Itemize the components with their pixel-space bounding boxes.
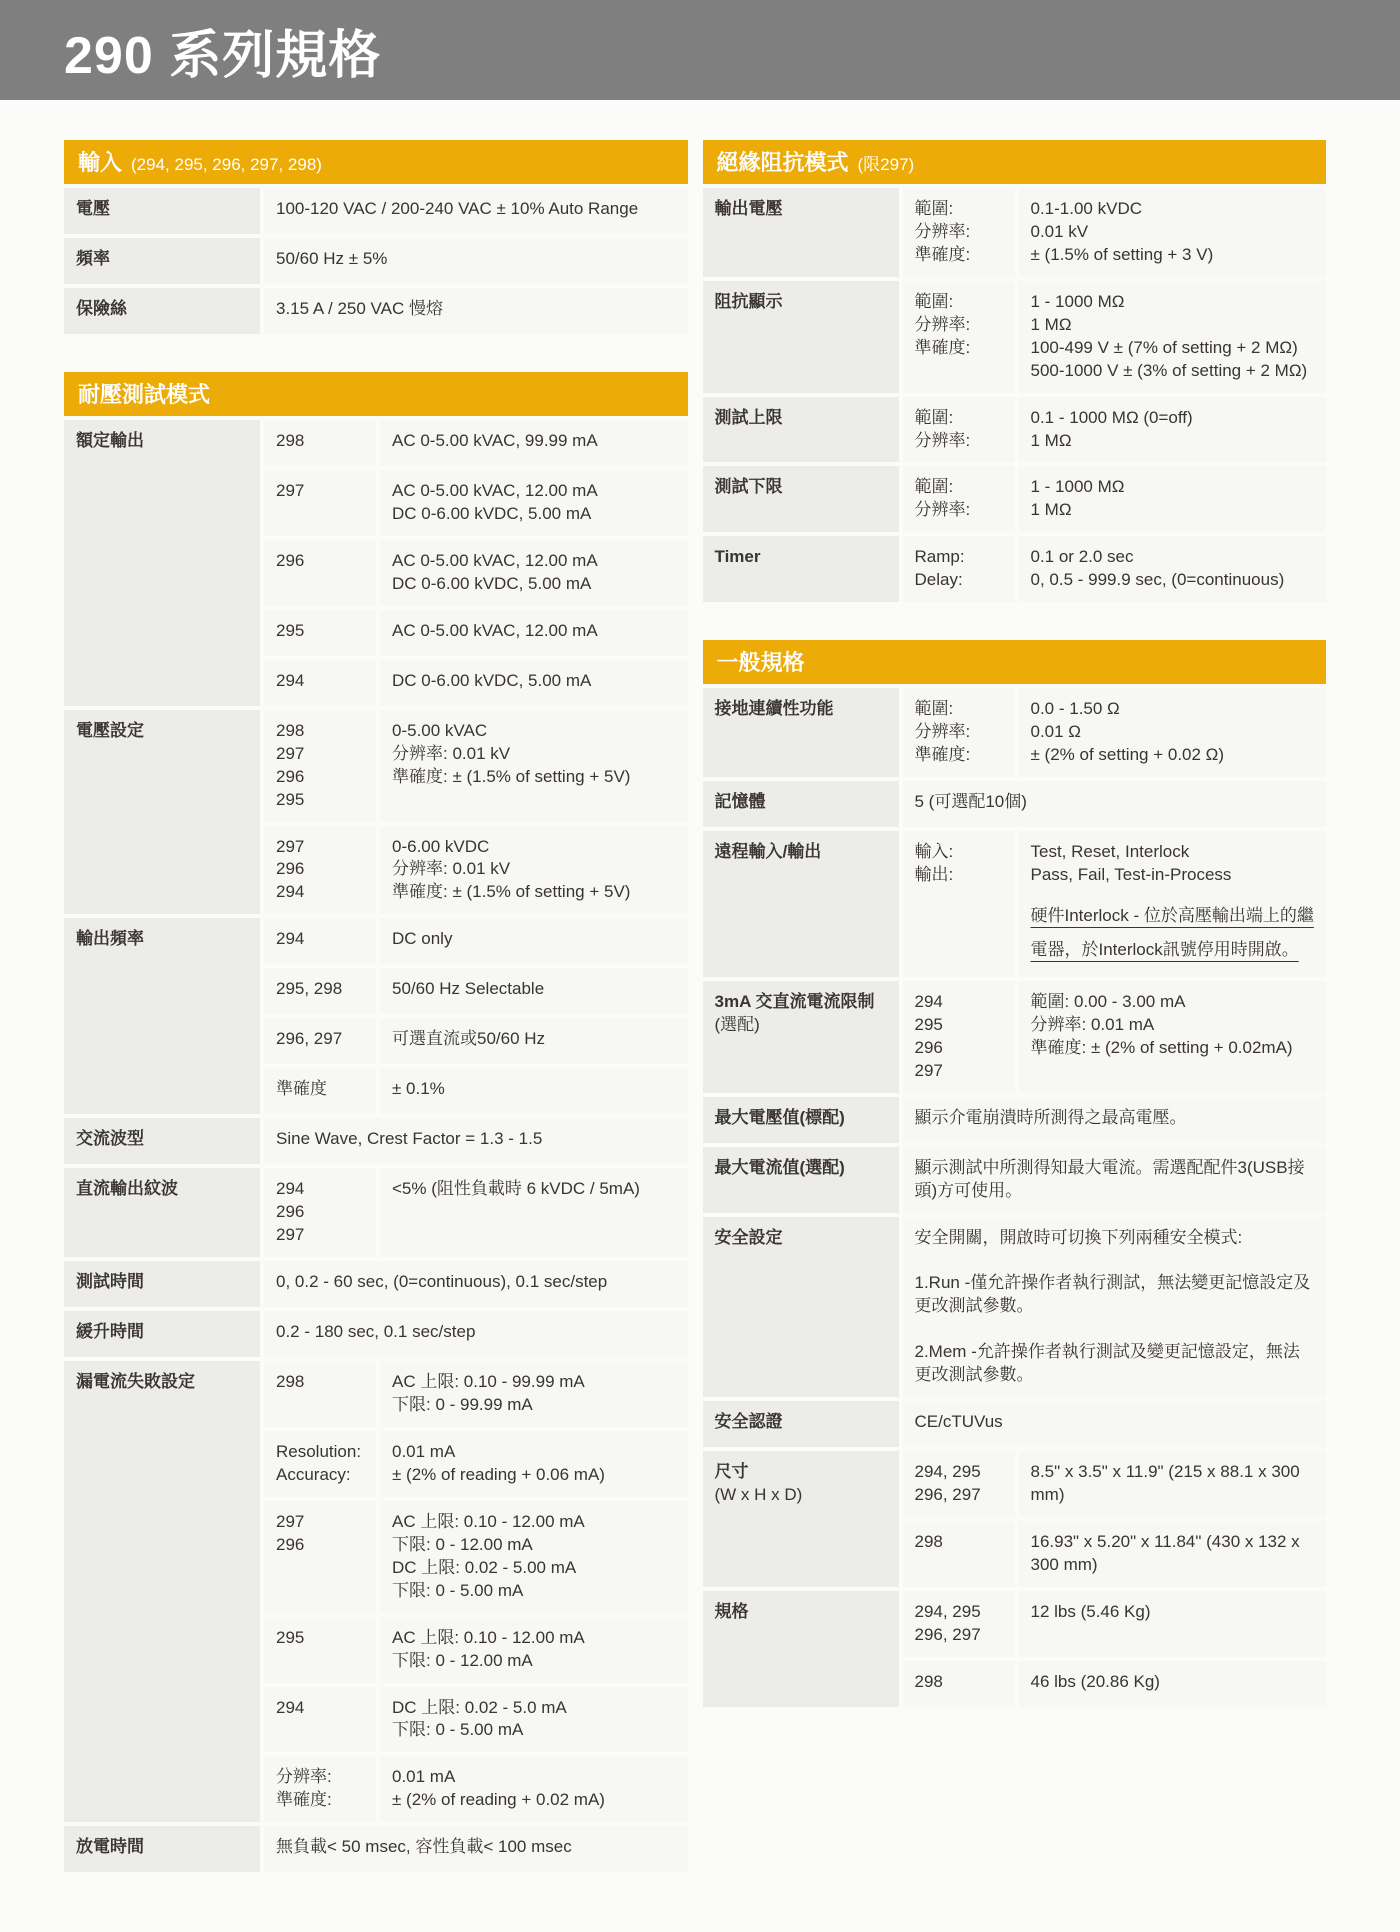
section-header: 絕緣阻抗模式(限297): [703, 140, 1327, 184]
row-subrows: 294, 295 296, 29712 lbs (5.46 Kg)29846 l…: [903, 1591, 1327, 1707]
section-note: (限297): [858, 150, 915, 175]
row-key: 範圍: 分辨率:: [903, 397, 1015, 463]
spec-row: 最大電流值(選配)顯示測試中所測得知最大電流。需選配配件3(USB接頭)方可使用…: [703, 1147, 1327, 1213]
row-label: 測試時間: [64, 1261, 260, 1307]
spec-row: 放電時間無負載< 50 msec, 容性負載< 100 msec: [64, 1826, 688, 1872]
row-key: 294, 295 296, 297: [903, 1451, 1015, 1517]
section-header: 一般規格: [703, 640, 1327, 684]
spec-subrow: 294 296 297<5% (阻性負載時 6 kVDC / 5mA): [264, 1168, 688, 1257]
row-value: DC 0-6.00 kVDC, 5.00 mA: [380, 660, 688, 706]
row-value: 12 lbs (5.46 Kg): [1019, 1591, 1327, 1657]
row-subrows: 範圍: 分辨率:1 - 1000 MΩ 1 MΩ: [903, 466, 1327, 532]
spec-row: 記憶體5 (可選配10個): [703, 781, 1327, 827]
section-note: (294, 295, 296, 297, 298): [131, 155, 322, 175]
row-subrows: 範圍: 分辨率:0.1 - 1000 MΩ (0=off) 1 MΩ: [903, 397, 1327, 463]
section-left-1: 耐壓測試模式額定輸出298AC 0-5.00 kVAC, 99.99 mA297…: [64, 372, 688, 1872]
row-label: 直流輸出紋波: [64, 1168, 260, 1257]
spec-subrow: 298AC 上限: 0.10 - 99.99 mA 下限: 0 - 99.99 …: [264, 1361, 688, 1427]
spec-subrow: 準確度± 0.1%: [264, 1068, 688, 1114]
row-value: 0.01 mA ± (2% of reading + 0.06 mA): [380, 1431, 688, 1497]
spec-subrow: 29816.93" x 5.20" x 11.84" (430 x 132 x …: [903, 1521, 1327, 1587]
spec-subrow: Ramp: Delay:0.1 or 2.0 sec 0, 0.5 - 999.…: [903, 536, 1327, 602]
spec-subrow: 295AC 上限: 0.10 - 12.00 mA 下限: 0 - 12.00 …: [264, 1617, 688, 1683]
column-left: 輸入(294, 295, 296, 297, 298)電壓100-120 VAC…: [64, 140, 688, 1872]
row-subrows: 294 296 297<5% (阻性負載時 6 kVDC / 5mA): [264, 1168, 688, 1257]
spec-row: TimerRamp: Delay:0.1 or 2.0 sec 0, 0.5 -…: [703, 536, 1327, 602]
row-key: 295: [264, 610, 376, 656]
row-label-note: (W x H x D): [715, 1485, 803, 1504]
masthead: 290 系列規格: [0, 0, 1400, 100]
column-right: 絕緣阻抗模式(限297)輸出電壓範圍: 分辨率: 準確度:0.1-1.00 kV…: [703, 140, 1327, 1707]
row-value: 8.5" x 3.5" x 11.9" (215 x 88.1 x 300 mm…: [1019, 1451, 1327, 1517]
row-label: 3mA 交直流電流限制 (選配): [703, 981, 899, 1093]
row-key: 297 296 294: [264, 826, 376, 915]
row-key: Resolution: Accuracy:: [264, 1431, 376, 1497]
spec-row: 漏電流失敗設定298AC 上限: 0.10 - 99.99 mA 下限: 0 -…: [64, 1361, 688, 1822]
row-key: 295: [264, 1617, 376, 1683]
row-subrows: 範圍: 分辨率: 準確度:0.0 - 1.50 Ω 0.01 Ω ± (2% o…: [903, 688, 1327, 777]
row-label: 電壓設定: [64, 710, 260, 915]
spec-subrow: 294DC 0-6.00 kVDC, 5.00 mA: [264, 660, 688, 706]
row-label: Timer: [703, 536, 899, 602]
row-label: 頻率: [64, 238, 260, 284]
row-subrows: 範圍: 分辨率: 準確度:1 - 1000 MΩ 1 MΩ 100-499 V …: [903, 281, 1327, 393]
row-value: 0-6.00 kVDC 分辨率: 0.01 kV 準確度: ± (1.5% of…: [380, 826, 688, 915]
spec-row: 頻率50/60 Hz ± 5%: [64, 238, 688, 284]
row-label: 遠程輸入/輸出: [703, 831, 899, 977]
row-key: 範圍: 分辨率: 準確度:: [903, 688, 1015, 777]
spec-row: 安全設定安全開關，開啟時可切換下列兩種安全模式: 1.Run -僅允許操作者執行…: [703, 1217, 1327, 1398]
row-value: 0.01 mA ± (2% of reading + 0.02 mA): [380, 1756, 688, 1822]
row-value-note: 硬件Interlock - 位於高壓輸出端上的繼電器，於Interlock訊號停…: [1031, 899, 1315, 967]
spec-row: 交流波型Sine Wave, Crest Factor = 1.3 - 1.5: [64, 1118, 688, 1164]
row-value: Sine Wave, Crest Factor = 1.3 - 1.5: [264, 1118, 688, 1164]
row-value: 46 lbs (20.86 Kg): [1019, 1661, 1327, 1707]
row-subrows: 輸入: 輸出:Test, Reset, Interlock Pass, Fail…: [903, 831, 1327, 977]
row-label: 安全設定: [703, 1217, 899, 1398]
spec-row: 阻抗顯示範圍: 分辨率: 準確度:1 - 1000 MΩ 1 MΩ 100-49…: [703, 281, 1327, 393]
spec-row: 緩升時間0.2 - 180 sec, 0.1 sec/step: [64, 1311, 688, 1357]
row-value: 100-120 VAC / 200-240 VAC ± 10% Auto Ran…: [264, 188, 688, 234]
row-label: 保險絲: [64, 288, 260, 334]
spec-subrow: 29846 lbs (20.86 Kg): [903, 1661, 1327, 1707]
row-value: AC 上限: 0.10 - 12.00 mA 下限: 0 - 12.00 mA …: [380, 1501, 688, 1613]
spec-row: 遠程輸入/輸出輸入: 輸出:Test, Reset, Interlock Pas…: [703, 831, 1327, 977]
section-rows: 輸出電壓範圍: 分辨率: 準確度:0.1-1.00 kVDC 0.01 kV ±…: [703, 188, 1327, 602]
row-value: AC 0-5.00 kVAC, 99.99 mA: [380, 420, 688, 466]
spec-subrow: 範圍: 分辨率:1 - 1000 MΩ 1 MΩ: [903, 466, 1327, 532]
row-value: 可選直流或50/60 Hz: [380, 1018, 688, 1064]
row-key: 範圍: 分辨率:: [903, 466, 1015, 532]
spec-subrow: 294 295 296 297範圍: 0.00 - 3.00 mA 分辨率: 0…: [903, 981, 1327, 1093]
row-value: 1 - 1000 MΩ 1 MΩ: [1019, 466, 1327, 532]
spec-row: 輸出頻率294DC only295, 29850/60 Hz Selectabl…: [64, 918, 688, 1114]
row-label: 尺寸 (W x H x D): [703, 1451, 899, 1587]
spec-subrow: 範圍: 分辨率:0.1 - 1000 MΩ (0=off) 1 MΩ: [903, 397, 1327, 463]
row-label: 安全認證: [703, 1401, 899, 1447]
row-label: 最大電流值(選配): [703, 1147, 899, 1213]
spec-row: 3mA 交直流電流限制 (選配)294 295 296 297範圍: 0.00 …: [703, 981, 1327, 1093]
spec-subrow: 294, 295 296, 29712 lbs (5.46 Kg): [903, 1591, 1327, 1657]
section-title: 一般規格: [717, 646, 805, 677]
row-label-note: (選配): [715, 1015, 760, 1034]
row-subrows: Ramp: Delay:0.1 or 2.0 sec 0, 0.5 - 999.…: [903, 536, 1327, 602]
row-key: 294 295 296 297: [903, 981, 1015, 1093]
spec-subrow: 297 296 2940-6.00 kVDC 分辨率: 0.01 kV 準確度:…: [264, 826, 688, 915]
spec-subrow: 297AC 0-5.00 kVAC, 12.00 mA DC 0-6.00 kV…: [264, 470, 688, 536]
row-key: 298: [903, 1521, 1015, 1587]
row-value: AC 上限: 0.10 - 12.00 mA 下限: 0 - 12.00 mA: [380, 1617, 688, 1683]
row-label: 緩升時間: [64, 1311, 260, 1357]
row-value: CE/cTUVus: [903, 1401, 1327, 1447]
row-value: 0.2 - 180 sec, 0.1 sec/step: [264, 1311, 688, 1357]
row-key: 294: [264, 918, 376, 964]
row-value: 0-5.00 kVAC 分辨率: 0.01 kV 準確度: ± (1.5% of…: [380, 710, 688, 822]
row-label: 放電時間: [64, 1826, 260, 1872]
spec-row: 規格294, 295 296, 29712 lbs (5.46 Kg)29846…: [703, 1591, 1327, 1707]
row-value: AC 上限: 0.10 - 99.99 mA 下限: 0 - 99.99 mA: [380, 1361, 688, 1427]
row-value: DC 上限: 0.02 - 5.0 mA 下限: 0 - 5.00 mA: [380, 1687, 688, 1753]
row-key: 294: [264, 1687, 376, 1753]
spec-row: 輸出電壓範圍: 分辨率: 準確度:0.1-1.00 kVDC 0.01 kV ±…: [703, 188, 1327, 277]
row-value: ± 0.1%: [380, 1068, 688, 1114]
section-left-0: 輸入(294, 295, 296, 297, 298)電壓100-120 VAC…: [64, 140, 688, 334]
row-value: 0.1 - 1000 MΩ (0=off) 1 MΩ: [1019, 397, 1327, 463]
row-value: <5% (阻性負載時 6 kVDC / 5mA): [380, 1168, 688, 1257]
row-value: 無負載< 50 msec, 容性負載< 100 msec: [264, 1826, 688, 1872]
row-value: 0, 0.2 - 60 sec, (0=continuous), 0.1 sec…: [264, 1261, 688, 1307]
section-right-0: 絕緣阻抗模式(限297)輸出電壓範圍: 分辨率: 準確度:0.1-1.00 kV…: [703, 140, 1327, 602]
row-value: 1 - 1000 MΩ 1 MΩ 100-499 V ± (7% of sett…: [1019, 281, 1327, 393]
spec-row: 測試上限範圍: 分辨率:0.1 - 1000 MΩ (0=off) 1 MΩ: [703, 397, 1327, 463]
row-key: 範圍: 分辨率: 準確度:: [903, 188, 1015, 277]
spec-subrow: 294, 295 296, 2978.5" x 3.5" x 11.9" (21…: [903, 1451, 1327, 1517]
row-key: 295, 298: [264, 968, 376, 1014]
section-rows: 電壓100-120 VAC / 200-240 VAC ± 10% Auto R…: [64, 188, 688, 334]
row-value: 顯示介電崩潰時所測得之最高電壓。: [903, 1097, 1327, 1143]
row-value: 範圍: 0.00 - 3.00 mA 分辨率: 0.01 mA 準確度: ± (…: [1019, 981, 1327, 1093]
row-value: AC 0-5.00 kVAC, 12.00 mA: [380, 610, 688, 656]
row-key: 294 296 297: [264, 1168, 376, 1257]
spec-subrow: 294DC only: [264, 918, 688, 964]
row-label: 最大電壓值(標配): [703, 1097, 899, 1143]
spec-subrow: 297 296AC 上限: 0.10 - 12.00 mA 下限: 0 - 12…: [264, 1501, 688, 1613]
section-header: 耐壓測試模式: [64, 372, 688, 416]
row-subrows: 298 297 296 2950-5.00 kVAC 分辨率: 0.01 kV …: [264, 710, 688, 915]
spec-row: 直流輸出紋波294 296 297<5% (阻性負載時 6 kVDC / 5mA…: [64, 1168, 688, 1257]
row-label: 輸出電壓: [703, 188, 899, 277]
row-key: 298: [264, 420, 376, 466]
spec-row: 測試時間0, 0.2 - 60 sec, (0=continuous), 0.1…: [64, 1261, 688, 1307]
row-key: 296: [264, 540, 376, 606]
row-value: AC 0-5.00 kVAC, 12.00 mA DC 0-6.00 kVDC,…: [380, 540, 688, 606]
row-subrows: 298AC 上限: 0.10 - 99.99 mA 下限: 0 - 99.99 …: [264, 1361, 688, 1822]
row-key: 準確度: [264, 1068, 376, 1114]
spec-subrow: Resolution: Accuracy:0.01 mA ± (2% of re…: [264, 1431, 688, 1497]
section-title: 輸入: [78, 146, 122, 177]
section-rows: 額定輸出298AC 0-5.00 kVAC, 99.99 mA297AC 0-5…: [64, 420, 688, 1872]
row-label: 輸出頻率: [64, 918, 260, 1114]
spec-subrow: 295, 29850/60 Hz Selectable: [264, 968, 688, 1014]
section-right-1: 一般規格接地連續性功能範圍: 分辨率: 準確度:0.0 - 1.50 Ω 0.0…: [703, 640, 1327, 1707]
row-value: 安全開關，開啟時可切換下列兩種安全模式: 1.Run -僅允許操作者執行測試，無…: [903, 1217, 1327, 1398]
spec-subrow: 輸入: 輸出:Test, Reset, Interlock Pass, Fail…: [903, 831, 1327, 977]
row-subrows: 294 295 296 297範圍: 0.00 - 3.00 mA 分辨率: 0…: [903, 981, 1327, 1093]
spec-row: 額定輸出298AC 0-5.00 kVAC, 99.99 mA297AC 0-5…: [64, 420, 688, 706]
row-value: AC 0-5.00 kVAC, 12.00 mA DC 0-6.00 kVDC,…: [380, 470, 688, 536]
row-key: 298: [264, 1361, 376, 1427]
row-subrows: 294, 295 296, 2978.5" x 3.5" x 11.9" (21…: [903, 1451, 1327, 1587]
row-subrows: 298AC 0-5.00 kVAC, 99.99 mA297AC 0-5.00 …: [264, 420, 688, 706]
section-rows: 接地連續性功能範圍: 分辨率: 準確度:0.0 - 1.50 Ω 0.01 Ω …: [703, 688, 1327, 1707]
row-value: 50/60 Hz ± 5%: [264, 238, 688, 284]
spec-subrow: 296AC 0-5.00 kVAC, 12.00 mA DC 0-6.00 kV…: [264, 540, 688, 606]
row-value: Test, Reset, Interlock Pass, Fail, Test-…: [1019, 831, 1327, 977]
row-key: 294, 295 296, 297: [903, 1591, 1015, 1657]
row-label: 測試上限: [703, 397, 899, 463]
row-key: 297: [264, 470, 376, 536]
row-key: 296, 297: [264, 1018, 376, 1064]
row-value: 50/60 Hz Selectable: [380, 968, 688, 1014]
spec-row: 尺寸 (W x H x D)294, 295 296, 2978.5" x 3.…: [703, 1451, 1327, 1587]
spec-row: 測試下限範圍: 分辨率:1 - 1000 MΩ 1 MΩ: [703, 466, 1327, 532]
spec-row: 最大電壓值(標配)顯示介電崩潰時所測得之最高電壓。: [703, 1097, 1327, 1143]
row-value: 16.93" x 5.20" x 11.84" (430 x 132 x 300…: [1019, 1521, 1327, 1587]
row-value: 顯示測試中所測得知最大電流。需選配配件3(USB接頭)方可使用。: [903, 1147, 1327, 1213]
spec-subrow: 298 297 296 2950-5.00 kVAC 分辨率: 0.01 kV …: [264, 710, 688, 822]
spec-row: 安全認證CE/cTUVus: [703, 1401, 1327, 1447]
section-title: 絕緣阻抗模式: [717, 146, 849, 177]
row-key: 298: [903, 1661, 1015, 1707]
row-value: 3.15 A / 250 VAC 慢熔: [264, 288, 688, 334]
row-value: 0.0 - 1.50 Ω 0.01 Ω ± (2% of setting + 0…: [1019, 688, 1327, 777]
row-label: 規格: [703, 1591, 899, 1707]
spec-row: 接地連續性功能範圍: 分辨率: 準確度:0.0 - 1.50 Ω 0.01 Ω …: [703, 688, 1327, 777]
spec-subrow: 範圍: 分辨率: 準確度:0.1-1.00 kVDC 0.01 kV ± (1.…: [903, 188, 1327, 277]
row-key: 298 297 296 295: [264, 710, 376, 822]
row-value: DC only: [380, 918, 688, 964]
spec-subrow: 295AC 0-5.00 kVAC, 12.00 mA: [264, 610, 688, 656]
spec-subrow: 範圍: 分辨率: 準確度:0.0 - 1.50 Ω 0.01 Ω ± (2% o…: [903, 688, 1327, 777]
row-subrows: 範圍: 分辨率: 準確度:0.1-1.00 kVDC 0.01 kV ± (1.…: [903, 188, 1327, 277]
spec-row: 電壓100-120 VAC / 200-240 VAC ± 10% Auto R…: [64, 188, 688, 234]
row-key: Ramp: Delay:: [903, 536, 1015, 602]
row-value: 0.1 or 2.0 sec 0, 0.5 - 999.9 sec, (0=co…: [1019, 536, 1327, 602]
spec-row: 保險絲3.15 A / 250 VAC 慢熔: [64, 288, 688, 334]
row-key: 分辨率: 準確度:: [264, 1756, 376, 1822]
row-label: 漏電流失敗設定: [64, 1361, 260, 1822]
spec-content: 輸入(294, 295, 296, 297, 298)電壓100-120 VAC…: [0, 100, 1400, 1932]
page-title: 290 系列規格: [64, 13, 381, 88]
row-label: 測試下限: [703, 466, 899, 532]
row-value: 0.1-1.00 kVDC 0.01 kV ± (1.5% of setting…: [1019, 188, 1327, 277]
spec-subrow: 298AC 0-5.00 kVAC, 99.99 mA: [264, 420, 688, 466]
row-value: 5 (可選配10個): [903, 781, 1327, 827]
row-label: 額定輸出: [64, 420, 260, 706]
row-key: 輸入: 輸出:: [903, 831, 1015, 977]
row-label: 接地連續性功能: [703, 688, 899, 777]
section-title: 耐壓測試模式: [78, 378, 210, 409]
row-subrows: 294DC only295, 29850/60 Hz Selectable296…: [264, 918, 688, 1114]
spec-row: 電壓設定298 297 296 2950-5.00 kVAC 分辨率: 0.01…: [64, 710, 688, 915]
row-key: 範圍: 分辨率: 準確度:: [903, 281, 1015, 393]
row-key: 297 296: [264, 1501, 376, 1613]
row-label: 記憶體: [703, 781, 899, 827]
spec-subrow: 294DC 上限: 0.02 - 5.0 mA 下限: 0 - 5.00 mA: [264, 1687, 688, 1753]
row-label: 電壓: [64, 188, 260, 234]
spec-subrow: 範圍: 分辨率: 準確度:1 - 1000 MΩ 1 MΩ 100-499 V …: [903, 281, 1327, 393]
spec-subrow: 分辨率: 準確度:0.01 mA ± (2% of reading + 0.02…: [264, 1756, 688, 1822]
row-key: 294: [264, 660, 376, 706]
section-header: 輸入(294, 295, 296, 297, 298): [64, 140, 688, 184]
row-label: 阻抗顯示: [703, 281, 899, 393]
row-label: 交流波型: [64, 1118, 260, 1164]
spec-subrow: 296, 297可選直流或50/60 Hz: [264, 1018, 688, 1064]
